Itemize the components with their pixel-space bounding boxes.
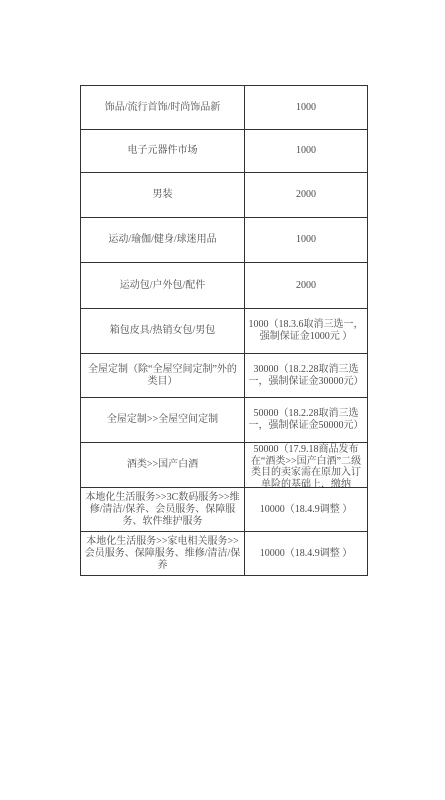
deposit-table: 饰品/流行首饰/时尚饰品新 1000 电子元器件市场 1000 男装 2000 … [80,85,368,576]
category-cell: 酒类>>国产白酒 [81,443,245,488]
category-text: 酒类>>国产白酒 [81,443,244,487]
category-cell: 本地化生活服务>>家电相关服务>>会员服务、保障服务、维修/清洁/保养 [81,532,245,576]
category-cell: 运动/瑜伽/健身/球迷用品 [81,218,245,263]
category-cell: 箱包皮具/热销女包/男包 [81,309,245,354]
table-row: 本地化生活服务>>家电相关服务>>会员服务、保障服务、维修/清洁/保养 1000… [81,532,368,576]
value-cell: 1000 [245,218,368,263]
category-text: 运动/瑜伽/健身/球迷用品 [81,218,244,262]
value-text: 2000 [245,173,367,217]
value-cell: 1000 [245,86,368,130]
value-cell: 2000 [245,173,368,218]
value-cell: 1000 [245,130,368,173]
category-cell: 运动包/户外包/配件 [81,263,245,309]
value-text: 10000（18.4.9调整 ） [245,532,367,575]
category-cell: 电子元器件市场 [81,130,245,173]
table-row: 本地化生活服务>>3C数码服务>>维修/清洁/保养、会员服务、保障服务、软件维护… [81,488,368,532]
value-cell: 10000（18.4.9调整 ） [245,488,368,532]
category-text: 本地化生活服务>>3C数码服务>>维修/清洁/保养、会员服务、保障服务、软件维护… [81,488,244,531]
value-text: 50000（18.2.28取消三选一，强制保证金50000元） [245,398,367,442]
value-text: 1000 [245,218,367,262]
table-row: 全屋定制>>全屋空间定制 50000（18.2.28取消三选一，强制保证金500… [81,398,368,443]
value-cell: 30000（18.2.28取消三选一，强制保证金30000元） [245,354,368,398]
table-row: 电子元器件市场 1000 [81,130,368,173]
value-text: 1000 [245,130,367,172]
table-row: 运动/瑜伽/健身/球迷用品 1000 [81,218,368,263]
value-text: 50000（17.9.18商品发布在“酒类>>国产白酒”二级类目的卖家需在原加入… [245,443,367,487]
table-row: 饰品/流行首饰/时尚饰品新 1000 [81,86,368,130]
value-text: 1000（18.3.6取消三选一，强制保证金1000元 ） [245,309,367,353]
table-row: 男装 2000 [81,173,368,218]
table-row: 箱包皮具/热销女包/男包 1000（18.3.6取消三选一，强制保证金1000元… [81,309,368,354]
category-text: 饰品/流行首饰/时尚饰品新 [81,86,244,129]
category-cell: 男装 [81,173,245,218]
value-cell: 50000（17.9.18商品发布在“酒类>>国产白酒”二级类目的卖家需在原加入… [245,443,368,488]
category-cell: 全屋定制（除“全屋空间定制”外的类目） [81,354,245,398]
value-text: 2000 [245,263,367,308]
deposit-table-body: 饰品/流行首饰/时尚饰品新 1000 电子元器件市场 1000 男装 2000 … [81,86,368,576]
category-text: 本地化生活服务>>家电相关服务>>会员服务、保障服务、维修/清洁/保养 [81,532,244,575]
category-text: 运动包/户外包/配件 [81,263,244,308]
category-cell: 饰品/流行首饰/时尚饰品新 [81,86,245,130]
category-text: 全屋定制（除“全屋空间定制”外的类目） [81,354,244,397]
category-cell: 本地化生活服务>>3C数码服务>>维修/清洁/保养、会员服务、保障服务、软件维护… [81,488,245,532]
value-text: 30000（18.2.28取消三选一，强制保证金30000元） [245,354,367,397]
value-text: 1000 [245,86,367,129]
value-cell: 10000（18.4.9调整 ） [245,532,368,576]
category-text: 箱包皮具/热销女包/男包 [81,309,244,353]
value-cell: 2000 [245,263,368,309]
category-text: 男装 [81,173,244,217]
category-text: 全屋定制>>全屋空间定制 [81,398,244,442]
table-row: 运动包/户外包/配件 2000 [81,263,368,309]
document-page: 饰品/流行首饰/时尚饰品新 1000 电子元器件市场 1000 男装 2000 … [0,0,445,800]
value-cell: 50000（18.2.28取消三选一，强制保证金50000元） [245,398,368,443]
table-row: 酒类>>国产白酒 50000（17.9.18商品发布在“酒类>>国产白酒”二级类… [81,443,368,488]
value-cell: 1000（18.3.6取消三选一，强制保证金1000元 ） [245,309,368,354]
table-row: 全屋定制（除“全屋空间定制”外的类目） 30000（18.2.28取消三选一，强… [81,354,368,398]
value-text: 10000（18.4.9调整 ） [245,488,367,531]
category-text: 电子元器件市场 [81,130,244,172]
category-cell: 全屋定制>>全屋空间定制 [81,398,245,443]
